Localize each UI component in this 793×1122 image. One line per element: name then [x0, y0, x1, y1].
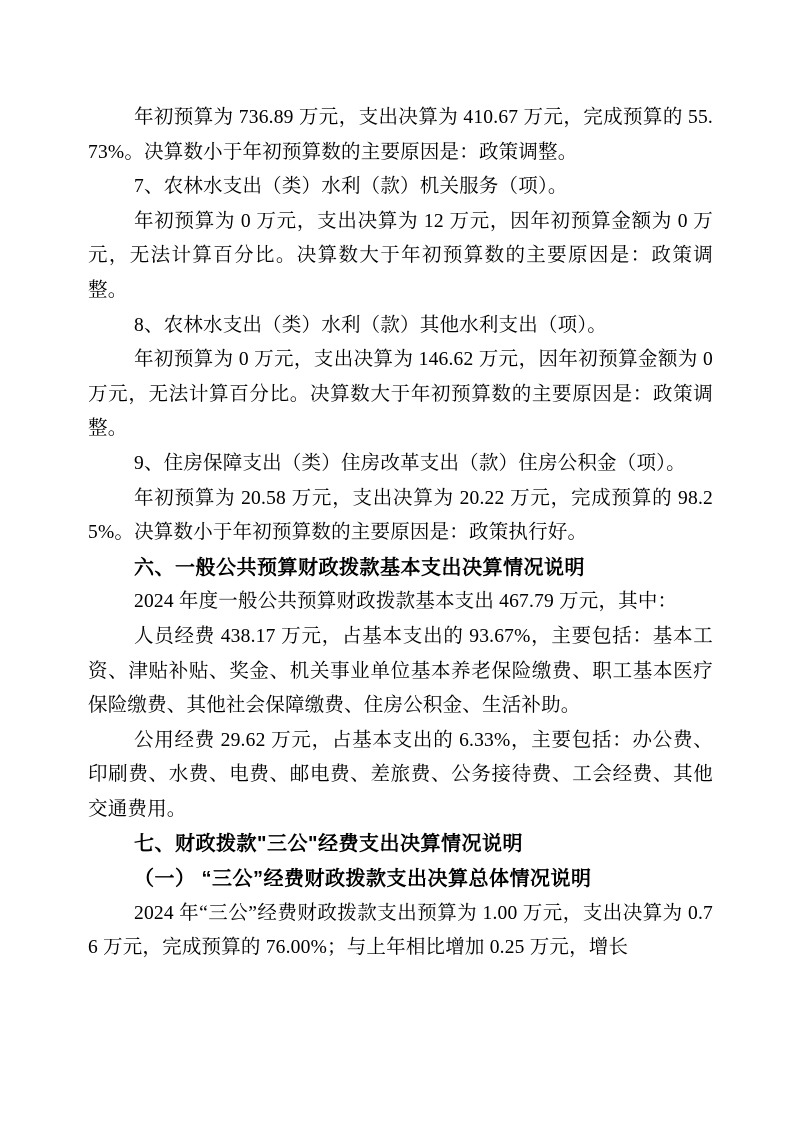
section-heading-6: 六、一般公共预算财政拨款基本支出决算情况说明 [88, 551, 713, 586]
section-heading-7: 七、财政拨款"三公"经费支出决算情况说明 [88, 827, 713, 862]
paragraph-public-funds: 公用经费 29.62 万元，占基本支出的 6.33%，主要包括：办公费、印刷费、… [88, 724, 713, 828]
paragraph-item-8-title: 8、农林水支出（类）水利（款）其他水利支出（项）。 [88, 309, 713, 344]
paragraph-budget-item-6-detail: 年初预算为 736.89 万元，支出决算为 410.67 万元，完成预算的 55… [88, 101, 713, 170]
paragraph-item-8-detail: 年初预算为 0 万元，支出决算为 146.62 万元，因年初预算金额为 0 万元… [88, 343, 713, 447]
paragraph-basic-expenditure-total: 2024 年度一般公共预算财政拨款基本支出 467.79 万元，其中： [88, 585, 713, 620]
paragraph-item-9-detail: 年初预算为 20.58 万元，支出决算为 20.22 万元，完成预算的 98.2… [88, 482, 713, 551]
paragraph-three-public-funds-overview: 2024 年“三公”经费财政拨款支出预算为 1.00 万元，支出决算为 0.76… [88, 897, 713, 966]
document-content: 年初预算为 736.89 万元，支出决算为 410.67 万元，完成预算的 55… [88, 101, 713, 966]
paragraph-item-7-title: 7、农林水支出（类）水利（款）机关服务（项）。 [88, 170, 713, 205]
paragraph-personnel-funds: 人员经费 438.17 万元，占基本支出的 93.67%，主要包括：基本工资、津… [88, 620, 713, 724]
paragraph-item-7-detail: 年初预算为 0 万元，支出决算为 12 万元，因年初预算金额为 0 万元，无法计… [88, 205, 713, 309]
paragraph-item-9-title: 9、住房保障支出（类）住房改革支出（款）住房公积金（项）。 [88, 447, 713, 482]
subsection-heading-7-1: （一） “三公”经费财政拨款支出决算总体情况说明 [88, 862, 713, 897]
document-page: 年初预算为 736.89 万元，支出决算为 410.67 万元，完成预算的 55… [0, 0, 793, 1122]
